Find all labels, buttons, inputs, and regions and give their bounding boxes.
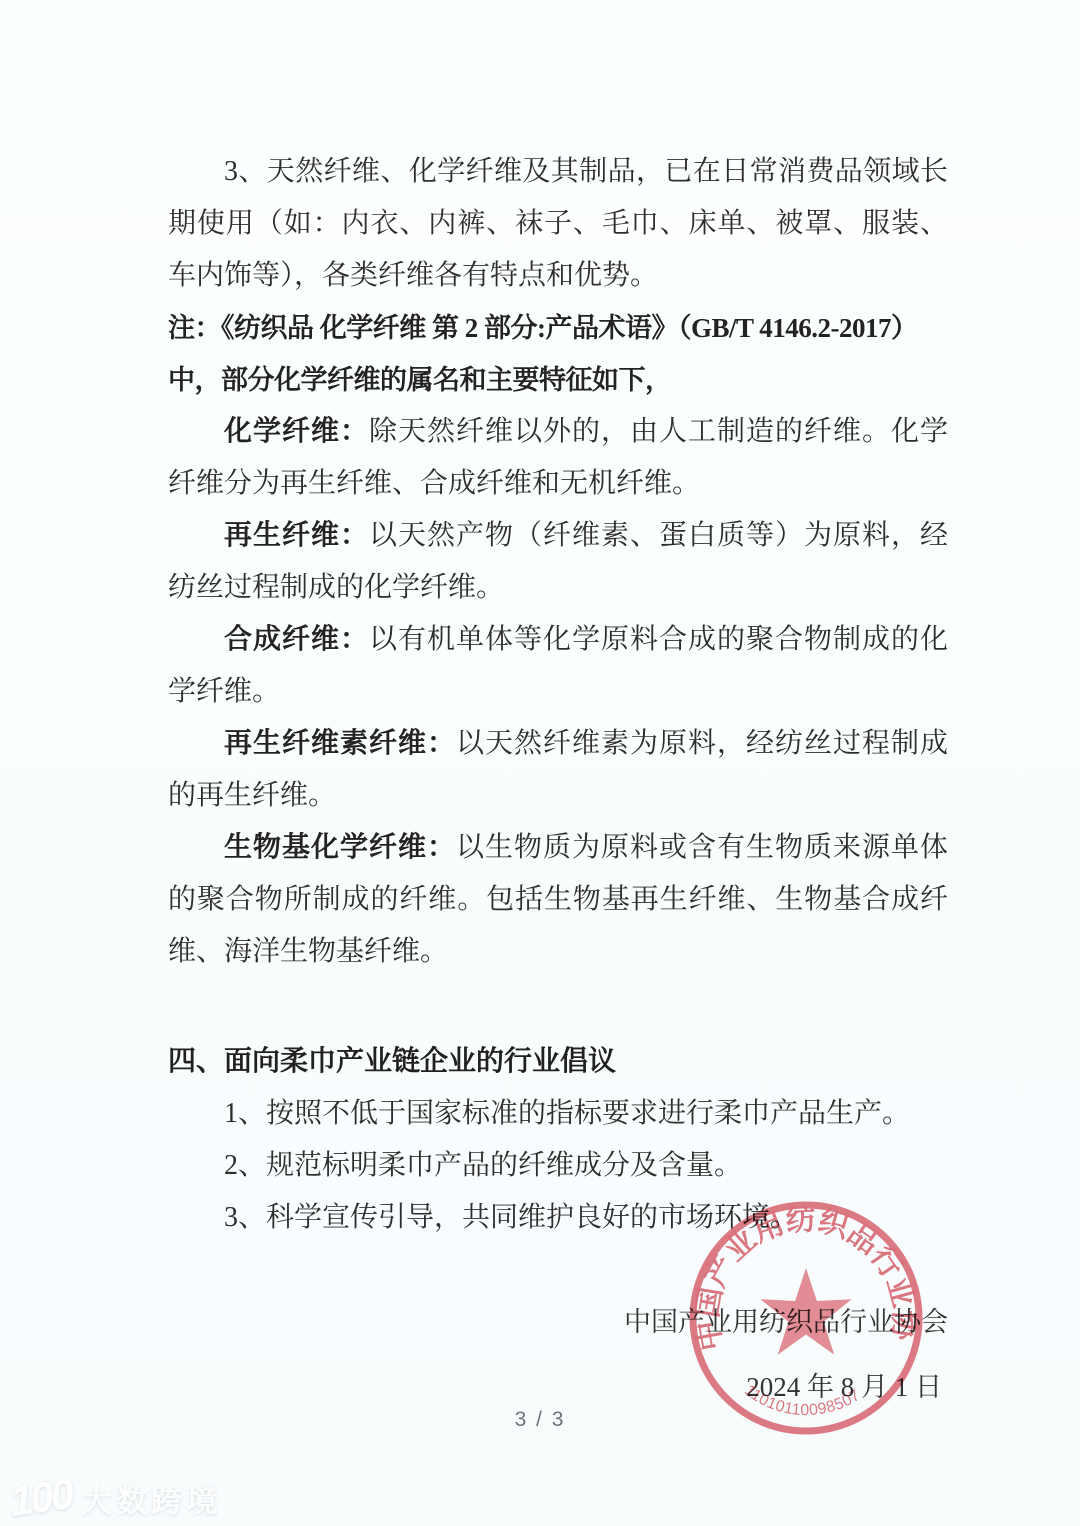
action-item-1: 1、按照不低于国家标准的指标要求进行柔巾产品生产。: [168, 1088, 948, 1140]
signature-organization: 中国产业用纺织品行业协会: [168, 1296, 948, 1348]
term-definition-biobased-chemical-fiber: 生物基化学纤维：以生物质为原料或含有生物质来源单体的聚合物所制成的纤维。包括生物…: [168, 822, 948, 978]
page-number: 3 / 3: [0, 1408, 1080, 1432]
document-page: { "page": { "page_number": "3 / 3", "bac…: [0, 0, 1080, 1526]
term-label: 生物基化学纤维：: [224, 832, 456, 863]
watermark: 100 大数跨境: [10, 1474, 221, 1522]
standard-note-line-1: 注：《纺织品 化学纤维 第 2 部分:产品术语》（GB/T 4146.2-201…: [168, 302, 948, 354]
term-definition-chemical-fiber: 化学纤维：除天然纤维以外的，由人工制造的纤维。化学纤维分为再生纤维、合成纤维和无…: [168, 406, 948, 510]
document-body: 3、天然纤维、化学纤维及其制品，已在日常消费品领域长期使用（如：内衣、内裤、袜子…: [168, 146, 948, 1413]
term-label: 合成纤维：: [224, 624, 369, 655]
term-definition-regenerated-cellulose-fiber: 再生纤维素纤维：以天然纤维素为原料，经纺丝过程制成的再生纤维。: [168, 718, 948, 822]
watermark-logo: 100: [7, 1470, 74, 1526]
watermark-text: 大数跨境: [81, 1476, 221, 1521]
signature-date: 2024 年 8 月 1 日: [168, 1361, 948, 1413]
section-heading: 四、面向柔巾产业链企业的行业倡议: [168, 1036, 948, 1088]
standard-note-line-2: 中，部分化学纤维的属名和主要特征如下，: [168, 354, 948, 406]
term-definition-synthetic-fiber: 合成纤维：以有机单体等化学原料合成的聚合物制成的化学纤维。: [168, 614, 948, 718]
action-item-3: 3、科学宣传引导，共同维护良好的市场环境。: [168, 1192, 948, 1244]
term-label: 再生纤维：: [224, 520, 369, 551]
action-item-2: 2、规范标明柔巾产品的纤维成分及含量。: [168, 1140, 948, 1192]
term-definition-regenerated-fiber: 再生纤维：以天然产物（纤维素、蛋白质等）为原料，经纺丝过程制成的化学纤维。: [168, 510, 948, 614]
term-label: 化学纤维：: [224, 416, 369, 447]
term-label: 再生纤维素纤维：: [224, 728, 456, 759]
body-paragraph-3: 3、天然纤维、化学纤维及其制品，已在日常消费品领域长期使用（如：内衣、内裤、袜子…: [168, 146, 948, 302]
